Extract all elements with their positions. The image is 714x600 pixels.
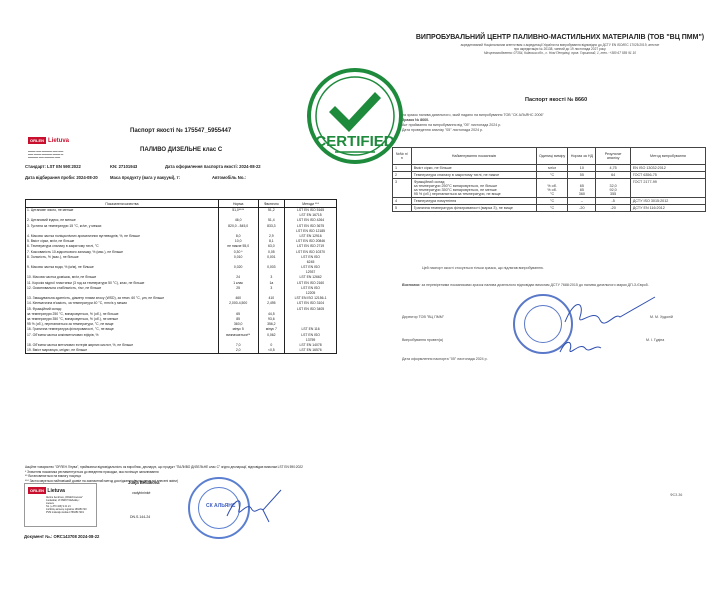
vehicle-number: Автомобіль No.: [212, 175, 246, 180]
logo-fine-print: ▬▬▬ ▬▬ ▬▬▬▬ ▬▬ ▬▬▬▬ ▬▬▬ ▬▬▬▬ ▬▬▬ ▬▬▬▬▬ ▬… [28, 150, 93, 159]
company-stamp-box: ORLEN Lietuva Akcinė bendrovė „ORLEN Lie… [24, 483, 97, 527]
table-row: 3Фракційний склад: за температури 250°C … [393, 179, 706, 198]
orlen-logo: ORLENLietuva ▬▬▬ ▬▬ ▬▬▬▬ ▬▬ ▬▬▬▬ ▬▬▬ ▬▬▬… [28, 132, 93, 159]
orlen-brand-word: Lietuva [48, 138, 69, 144]
column-header: Методи *** [285, 200, 337, 208]
column-header: Найменування показників [411, 148, 536, 165]
form-code: ФСЗ-36 [670, 493, 682, 497]
orlen-brand-mark: ORLEN [28, 137, 46, 144]
product-mass: Маса продукту (вага у вакуумі), т: [110, 175, 180, 180]
table-row: 1Вміст сірки, не більшемг/кг104,75EN ISO… [393, 165, 706, 172]
scope-note: Цей паспорт якості стосується тільки зра… [422, 266, 544, 270]
passport-title: Паспорт якості № 175547_5955447 [130, 128, 231, 134]
signatures [555, 292, 665, 362]
certified-badge-icon: CERTIFIED [305, 66, 405, 166]
signature [225, 488, 285, 528]
column-header: Норма за НД [568, 148, 596, 165]
right-results-table: №№ п/пНайменування показниківОдиниці вим… [392, 147, 706, 212]
tester-label: Випробування провел(а) [402, 338, 443, 342]
sampling-date: Дата відбирання проби: 2024-08-20 [25, 175, 100, 180]
lab-header: ВИПРОБУВАЛЬНИЙ ЦЕНТР ПАЛИВНО-МАСТИЛЬНИХ … [410, 34, 710, 41]
issue-date: Дата оформлення паспорта "05" листопада … [402, 357, 488, 361]
table-row: 4Температура помутніння°C–-5ДСТУ ISO 301… [393, 198, 706, 205]
director-label: Директор ТОВ "ВЦ ПММ" [402, 315, 444, 319]
table-row: 19. Вміст марганцю, мг/дм³, не більше2,0… [26, 348, 337, 354]
standard: Стандарт: LST EN 590:2022 [25, 164, 81, 169]
column-header: Показатели качества [26, 200, 219, 208]
left-quality-table: Показатели качестваНормаФактичноМетоди *… [25, 199, 337, 354]
left-footnotes: Акційне товариство "ОРЛЕН Літува", прийм… [25, 465, 345, 483]
passport-title: Паспорт якості № 8660 [525, 97, 587, 103]
company-logo: ORLEN Lietuva [28, 487, 93, 494]
declaration: Акційне товариство "ОРЛЕН Літува", прийм… [25, 465, 345, 470]
document-number: Документ №.: ORC143708 2024-08-22 [24, 534, 99, 539]
certified-text: CERTIFIED [315, 133, 394, 150]
issue-date: Дата оформлення паспорта якості: 2024-08… [165, 164, 261, 169]
dns-code: DN.S.144-24 [130, 515, 150, 519]
column-header: Одиниці виміру [536, 148, 567, 165]
company-details: Akcinė bendrovė „ORLEN Lietuva"Juodeikia… [46, 496, 93, 514]
table-row: 2Температура спалаху в закритому тиглі, … [393, 172, 706, 179]
column-header: Фактично [258, 200, 285, 208]
signer-role: vadybininkė [132, 491, 150, 495]
orlen-quality-passport: ORLENLietuva ▬▬▬ ▬▬ ▬▬▬▬ ▬▬ ▬▬▬▬ ▬▬▬ ▬▬▬… [0, 110, 370, 590]
column-header: Результат аналізу [596, 148, 630, 165]
kn-code: KN: 27101943 [110, 164, 137, 169]
column-header: Метод випробування [630, 148, 705, 165]
sample-info: на зразок палива дизельного, який надано… [402, 113, 544, 133]
column-header: Норма [218, 200, 258, 208]
vc-pmm-quality-passport: ВИПРОБУВАЛЬНИЙ ЦЕНТР ПАЛИВНО-МАСТИЛЬНИХ … [370, 0, 714, 600]
lab-accreditation: акредитований Національним агентством з … [410, 43, 710, 56]
conclusion: Висновок: за перевіреними показниками зр… [402, 283, 702, 288]
table-row: 5Гранична температура фільтрованості (ма… [393, 205, 706, 212]
signer-name: Julija Beliakova [128, 480, 159, 485]
product-name: ПАЛИВО ДИЗЕЛЬНЕ клас С [140, 147, 222, 153]
